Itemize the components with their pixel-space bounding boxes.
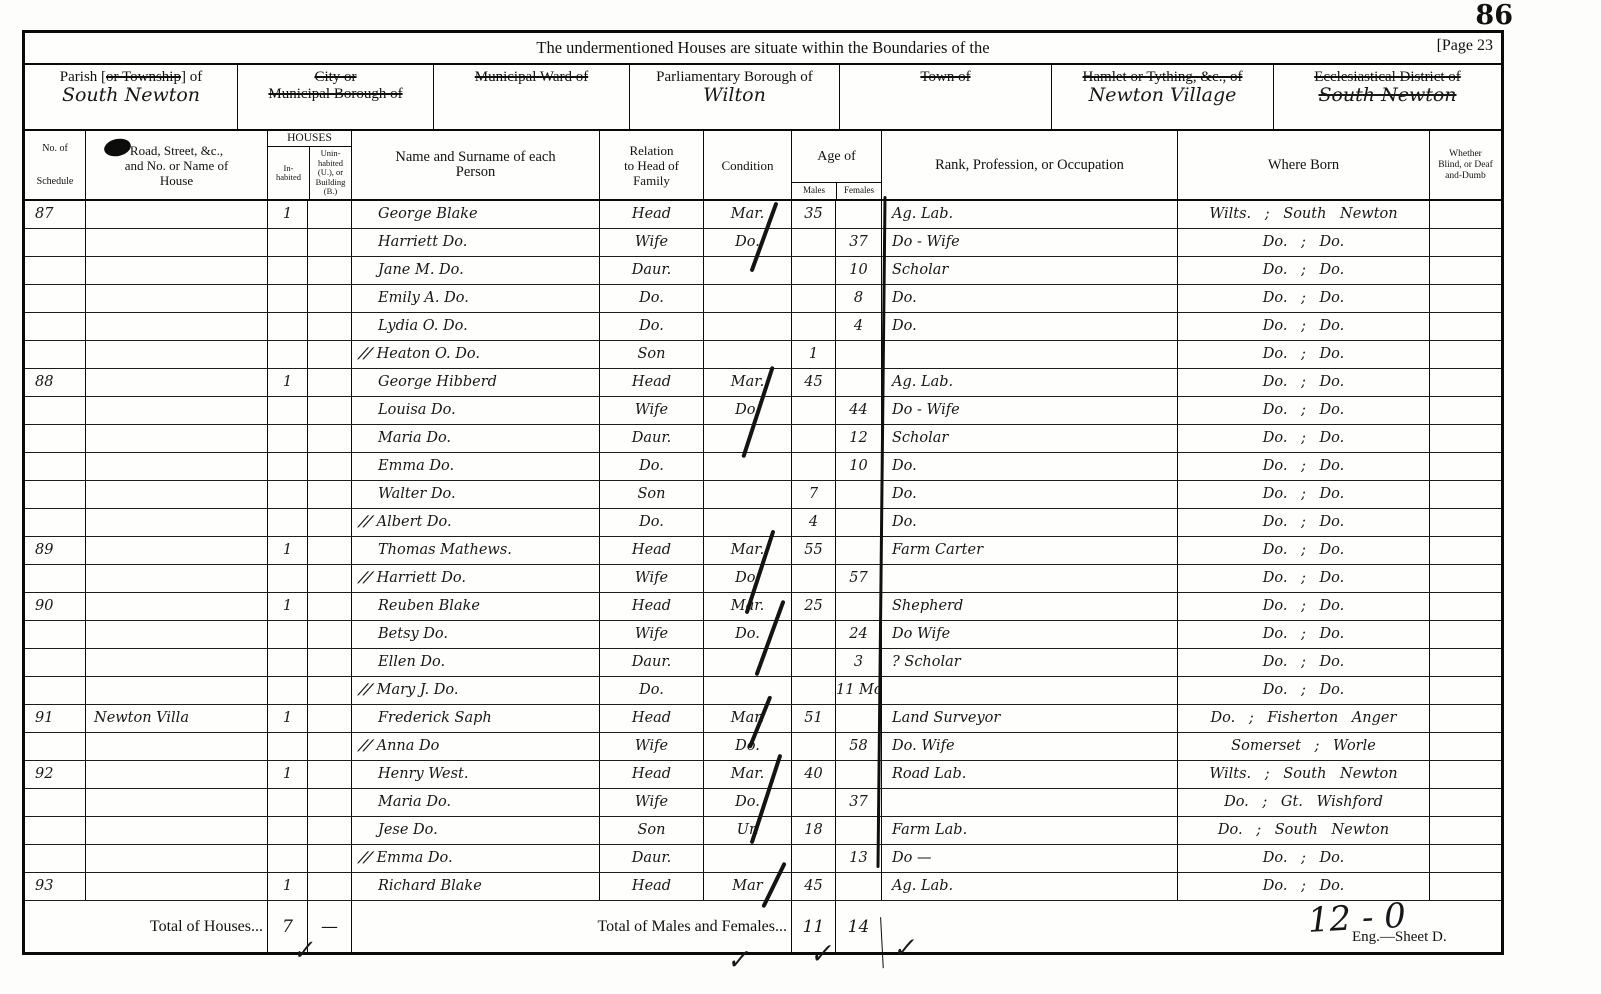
age-female-cell: [835, 481, 881, 508]
infirmity-cell: [1429, 593, 1501, 620]
schedule-cell: [25, 313, 85, 340]
condition-cell: [703, 341, 791, 368]
uninhabited-cell: [307, 285, 351, 312]
where-born-cell: Do. ; Do.: [1177, 565, 1429, 592]
where-born-cell: Do. ; Do.: [1177, 649, 1429, 676]
age-male-cell: [791, 313, 835, 340]
person-name: George Blake: [378, 206, 478, 222]
table-row: //Mary J. Do.Do.11 MoDo. ; Do.: [25, 677, 1501, 705]
uninhabited-cell: [307, 257, 351, 284]
schedule-cell: [25, 789, 85, 816]
table-row: //Heaton O. Do.Son1Do. ; Do.: [25, 341, 1501, 369]
person-name: Reuben Blake: [378, 598, 480, 614]
person-name-cell: //Mary J. Do.: [351, 677, 599, 704]
inhabited-cell: [267, 677, 307, 704]
relation-cell: Daur.: [599, 649, 703, 676]
person-name: Richard Blake: [378, 878, 482, 894]
schedule-cell: 93: [25, 873, 85, 900]
occupation-cell: [881, 677, 1177, 704]
where-born-cell: Do. ; Do.: [1177, 229, 1429, 256]
infirmity-cell: [1429, 565, 1501, 592]
total-houses-uninhabited: —: [307, 901, 351, 952]
col-females: Females: [836, 183, 881, 199]
condition-cell: Mar.: [703, 537, 791, 564]
uninhabited-cell: [307, 201, 351, 228]
condition-cell: Mar.: [703, 369, 791, 396]
person-name-cell: Betsy Do.: [351, 621, 599, 648]
uninhabited-cell: [307, 453, 351, 480]
where-born-cell: Do. ; Do.: [1177, 481, 1429, 508]
relation-cell: Wife: [599, 229, 703, 256]
inhabited-cell: [267, 229, 307, 256]
age-female-cell: 37: [835, 789, 881, 816]
condition-cell: [703, 649, 791, 676]
person-name: Harriett Do.: [378, 234, 467, 250]
relation-cell: Daur.: [599, 845, 703, 872]
house-name-cell: Newton Villa: [85, 705, 267, 732]
occupation-cell: Do Wife: [881, 621, 1177, 648]
infirmity-cell: [1429, 761, 1501, 788]
inhabited-cell: 1: [267, 761, 307, 788]
table-row: Jese Do.SonUn18Farm Lab.Do. ; South Newt…: [25, 817, 1501, 845]
relation-cell: Head: [599, 201, 703, 228]
person-name-cell: Thomas Mathews.: [351, 537, 599, 564]
where-born-cell: Do. ; Do.: [1177, 341, 1429, 368]
where-born-cell: Do. ; Do.: [1177, 369, 1429, 396]
infirmity-cell: [1429, 817, 1501, 844]
age-female-cell: 10: [835, 257, 881, 284]
where-born-cell: Do. ; Do.: [1177, 509, 1429, 536]
age-female-cell: 37: [835, 229, 881, 256]
where-born-cell: Do. ; Do.: [1177, 621, 1429, 648]
person-name: Louisa Do.: [378, 402, 456, 418]
condition-cell: [703, 453, 791, 480]
person-name: Emma Do.: [377, 850, 453, 866]
occupation-cell: Ag. Lab.: [881, 873, 1177, 900]
age-male-cell: [791, 649, 835, 676]
relation-cell: Son: [599, 481, 703, 508]
relation-cell: Son: [599, 817, 703, 844]
age-female-cell: 3: [835, 649, 881, 676]
age-female-cell: 10: [835, 453, 881, 480]
inhabited-cell: [267, 845, 307, 872]
person-name-cell: Jane M. Do.: [351, 257, 599, 284]
inhabited-cell: 1: [267, 705, 307, 732]
relation-cell: Daur.: [599, 425, 703, 452]
person-name-cell: Richard Blake: [351, 873, 599, 900]
inhabited-cell: [267, 481, 307, 508]
age-male-cell: [791, 621, 835, 648]
occupation-cell: Do.: [881, 481, 1177, 508]
table-row: Emma Do.Do.10Do.Do. ; Do.: [25, 453, 1501, 481]
entries-table: 871George BlakeHeadMar.35Ag. Lab.Wilts. …: [25, 201, 1501, 901]
condition-cell: Mar.: [703, 201, 791, 228]
age-male-cell: 51: [791, 705, 835, 732]
house-name-cell: [85, 565, 267, 592]
occupation-cell: [881, 341, 1177, 368]
checkmark: ✓: [290, 935, 315, 967]
where-born-cell: Do. ; Do.: [1177, 845, 1429, 872]
municipal-ward-cell: Municipal Ward of: [433, 65, 629, 129]
age-female-cell: [835, 201, 881, 228]
table-row: Jane M. Do.Daur.10ScholarDo. ; Do.: [25, 257, 1501, 285]
age-male-cell: [791, 397, 835, 424]
house-name-cell: [85, 313, 267, 340]
age-male-cell: 1: [791, 341, 835, 368]
municipal-ward-label: Municipal Ward of: [434, 69, 629, 86]
schedule-cell: [25, 649, 85, 676]
infirmity-cell: [1429, 677, 1501, 704]
schedule-cell: [25, 481, 85, 508]
schedule-cell: [25, 733, 85, 760]
col-uninhabited: Unin-habited(U.), orBuilding(B.): [309, 147, 351, 199]
town-label: Town of: [840, 69, 1051, 86]
person-name: Heaton O. Do.: [377, 346, 480, 362]
schedule-cell: 92: [25, 761, 85, 788]
census-sheet: The undermentioned Houses are situate wi…: [22, 30, 1504, 955]
occupation-cell: Do.: [881, 285, 1177, 312]
age-male-cell: [791, 229, 835, 256]
banner-band: The undermentioned Houses are situate wi…: [25, 33, 1501, 65]
where-born-cell: Do. ; Do.: [1177, 537, 1429, 564]
where-born-cell: Do. ; Do.: [1177, 257, 1429, 284]
person-name-cell: Walter Do.: [351, 481, 599, 508]
col-houses-group: HOUSES In-habited Unin-habited(U.), orBu…: [267, 131, 351, 199]
person-name-cell: Reuben Blake: [351, 593, 599, 620]
inhabited-cell: [267, 565, 307, 592]
inhabited-cell: [267, 425, 307, 452]
person-name: Henry West.: [378, 766, 468, 782]
house-name-cell: [85, 201, 267, 228]
age-female-cell: [835, 509, 881, 536]
house-name-cell: [85, 677, 267, 704]
relation-cell: Do.: [599, 313, 703, 340]
age-female-cell: [835, 369, 881, 396]
schedule-cell: [25, 817, 85, 844]
table-row: 921Henry West.HeadMar.40Road Lab.Wilts. …: [25, 761, 1501, 789]
inhabited-cell: [267, 649, 307, 676]
table-row: //Anna DoWifeDo.58Do. WifeSomerset ; Wor…: [25, 733, 1501, 761]
age-group-label: Age of: [792, 131, 881, 182]
relation-cell: Head: [599, 761, 703, 788]
person-name: Betsy Do.: [378, 626, 448, 642]
age-female-cell: 8: [835, 285, 881, 312]
infirmity-cell: [1429, 509, 1501, 536]
schedule-cell: [25, 229, 85, 256]
person-name: Emily A. Do.: [378, 290, 469, 306]
inhabited-cell: [267, 733, 307, 760]
page-number: 86: [1475, 0, 1513, 31]
infirmity-cell: [1429, 313, 1501, 340]
schedule-cell: [25, 425, 85, 452]
condition-cell: Un: [703, 817, 791, 844]
house-name-cell: [85, 397, 267, 424]
column-headers: No. ofSchedule Road, Street, &c.,and No.…: [25, 131, 1501, 201]
age-female-cell: 24: [835, 621, 881, 648]
infirmity-cell: [1429, 425, 1501, 452]
house-name-cell: [85, 341, 267, 368]
age-female-cell: 12: [835, 425, 881, 452]
condition-cell: Mar.: [703, 705, 791, 732]
house-name-cell: [85, 369, 267, 396]
age-male-cell: [791, 733, 835, 760]
household-end-mark: //: [352, 565, 378, 591]
person-name-cell: //Harriett Do.: [351, 565, 599, 592]
house-name-cell: [85, 229, 267, 256]
uninhabited-cell: [307, 341, 351, 368]
col-inhabited: In-habited: [268, 147, 309, 199]
person-name: Jese Do.: [378, 822, 438, 838]
inhabited-cell: [267, 817, 307, 844]
condition-cell: [703, 481, 791, 508]
person-name: Albert Do.: [377, 514, 452, 530]
person-name-cell: Maria Do.: [351, 789, 599, 816]
occupation-cell: Do.: [881, 509, 1177, 536]
house-name-cell: [85, 733, 267, 760]
where-born-cell: Do. ; Do.: [1177, 453, 1429, 480]
person-name-cell: Emily A. Do.: [351, 285, 599, 312]
occupation-cell: Do - Wife: [881, 229, 1177, 256]
person-name-cell: Harriett Do.: [351, 229, 599, 256]
house-name-cell: [85, 257, 267, 284]
condition-cell: Do.: [703, 621, 791, 648]
person-name-cell: //Anna Do: [351, 733, 599, 760]
person-name-cell: Frederick Saph: [351, 705, 599, 732]
uninhabited-cell: [307, 817, 351, 844]
uninhabited-cell: [307, 621, 351, 648]
town-cell: Town of: [839, 65, 1051, 129]
relation-cell: Head: [599, 705, 703, 732]
occupation-cell: ? Scholar: [881, 649, 1177, 676]
household-end-mark: //: [352, 733, 378, 759]
age-male-cell: 18: [791, 817, 835, 844]
uninhabited-cell: [307, 845, 351, 872]
house-name-cell: [85, 649, 267, 676]
inhabited-cell: 1: [267, 201, 307, 228]
person-name: Walter Do.: [378, 486, 456, 502]
occupation-cell: Ag. Lab.: [881, 201, 1177, 228]
uninhabited-cell: [307, 481, 351, 508]
age-female-cell: 11 Mo: [835, 677, 881, 704]
uninhabited-cell: [307, 397, 351, 424]
person-name: George Hibberd: [378, 374, 497, 390]
schedule-cell: [25, 845, 85, 872]
infirmity-cell: [1429, 453, 1501, 480]
age-male-cell: 7: [791, 481, 835, 508]
infirmity-cell: [1429, 229, 1501, 256]
table-row: Lydia O. Do.Do.4Do.Do. ; Do.: [25, 313, 1501, 341]
houses-group-label: HOUSES: [268, 131, 351, 147]
house-name-cell: [85, 425, 267, 452]
parliamentary-borough-value: Wilton: [630, 87, 839, 104]
location-header: Parish [or Township] of South Newton Cit…: [25, 65, 1501, 131]
occupation-cell: Land Surveyor: [881, 705, 1177, 732]
where-born-cell: Do. ; Do.: [1177, 285, 1429, 312]
infirmity-cell: [1429, 845, 1501, 872]
inhabited-cell: [267, 621, 307, 648]
condition-cell: [703, 285, 791, 312]
occupation-cell: Do.: [881, 313, 1177, 340]
total-houses-label: Total of Houses...: [25, 901, 267, 952]
page-label: [Page 23: [1437, 37, 1493, 55]
occupation-cell: Do —: [881, 845, 1177, 872]
person-name-cell: Louisa Do.: [351, 397, 599, 424]
table-row: Maria Do.Daur.12ScholarDo. ; Do.: [25, 425, 1501, 453]
house-name-cell: [85, 285, 267, 312]
age-female-cell: [835, 537, 881, 564]
house-name-cell: [85, 873, 267, 900]
uninhabited-cell: [307, 761, 351, 788]
house-name-cell: [85, 453, 267, 480]
uninhabited-cell: [307, 873, 351, 900]
relation-cell: Wife: [599, 565, 703, 592]
household-end-mark: //: [352, 341, 378, 367]
age-female-cell: 13: [835, 845, 881, 872]
age-female-cell: 4: [835, 313, 881, 340]
condition-cell: [703, 845, 791, 872]
age-male-cell: [791, 453, 835, 480]
relation-cell: Daur.: [599, 257, 703, 284]
col-condition: Condition: [703, 131, 791, 199]
where-born-cell: Do. ; Gt. Wishford: [1177, 789, 1429, 816]
where-born-cell: Do. ; Fisherton Anger: [1177, 705, 1429, 732]
where-born-cell: Do. ; Do.: [1177, 677, 1429, 704]
relation-cell: Wife: [599, 397, 703, 424]
house-name-cell: [85, 621, 267, 648]
city-borough-cell: City or Municipal Borough of: [237, 65, 433, 129]
age-male-cell: [791, 677, 835, 704]
schedule-cell: 88: [25, 369, 85, 396]
house-name-cell: [85, 481, 267, 508]
condition-cell: [703, 257, 791, 284]
person-name: Emma Do.: [378, 458, 454, 474]
house-name-cell: [85, 593, 267, 620]
uninhabited-cell: [307, 509, 351, 536]
where-born-cell: Do. ; Do.: [1177, 425, 1429, 452]
person-name-cell: //Albert Do.: [351, 509, 599, 536]
age-male-cell: [791, 257, 835, 284]
inhabited-cell: [267, 341, 307, 368]
age-female-cell: [835, 873, 881, 900]
parliamentary-borough-cell: Parliamentary Borough of Wilton: [629, 65, 839, 129]
where-born-cell: Do. ; Do.: [1177, 397, 1429, 424]
relation-cell: Wife: [599, 621, 703, 648]
schedule-cell: 87: [25, 201, 85, 228]
col-infirmity: WhetherBlind, or Deafand-Dumb: [1429, 131, 1501, 199]
person-name-cell: George Hibberd: [351, 369, 599, 396]
person-name: Harriett Do.: [377, 570, 466, 586]
age-male-cell: 35: [791, 201, 835, 228]
schedule-cell: [25, 621, 85, 648]
col-males: Males: [792, 183, 836, 199]
occupation-cell: Do - Wife: [881, 397, 1177, 424]
occupation-cell: Do.: [881, 453, 1177, 480]
infirmity-cell: [1429, 481, 1501, 508]
schedule-cell: [25, 397, 85, 424]
infirmity-cell: [1429, 397, 1501, 424]
hamlet-value: Newton Village: [1052, 87, 1273, 104]
person-name: Ellen Do.: [378, 654, 445, 670]
age-female-cell: [835, 817, 881, 844]
occupation-cell: Do. Wife: [881, 733, 1177, 760]
relation-cell: Head: [599, 593, 703, 620]
household-end-mark: //: [352, 677, 378, 703]
occupation-cell: Shepherd: [881, 593, 1177, 620]
age-male-cell: 55: [791, 537, 835, 564]
relation-cell: Wife: [599, 789, 703, 816]
person-name: Frederick Saph: [378, 710, 492, 726]
household-end-mark: //: [352, 509, 378, 535]
infirmity-cell: [1429, 789, 1501, 816]
infirmity-cell: [1429, 285, 1501, 312]
person-name-cell: Ellen Do.: [351, 649, 599, 676]
inhabited-cell: [267, 285, 307, 312]
uninhabited-cell: [307, 705, 351, 732]
schedule-cell: [25, 677, 85, 704]
ecclesiastical-cell: Ecclesiastical District of South Newton: [1273, 65, 1501, 129]
age-male-cell: 25: [791, 593, 835, 620]
occupation-cell: Scholar: [881, 425, 1177, 452]
inhabited-cell: [267, 789, 307, 816]
schedule-cell: [25, 285, 85, 312]
table-row: Betsy Do.WifeDo.24Do WifeDo. ; Do.: [25, 621, 1501, 649]
house-name-cell: [85, 817, 267, 844]
inhabited-cell: 1: [267, 593, 307, 620]
occupation-cell: Ag. Lab.: [881, 369, 1177, 396]
age-female-cell: [835, 341, 881, 368]
relation-cell: Do.: [599, 509, 703, 536]
schedule-cell: [25, 565, 85, 592]
person-name: Mary J. Do.: [377, 682, 459, 698]
age-male-cell: [791, 285, 835, 312]
person-name: Maria Do.: [378, 430, 451, 446]
table-row: Walter Do.Son7Do.Do. ; Do.: [25, 481, 1501, 509]
infirmity-cell: [1429, 257, 1501, 284]
table-row: Emily A. Do.Do.8Do.Do. ; Do.: [25, 285, 1501, 313]
infirmity-cell: [1429, 705, 1501, 732]
occupation-cell: Farm Carter: [881, 537, 1177, 564]
person-name-cell: Maria Do.: [351, 425, 599, 452]
uninhabited-cell: [307, 789, 351, 816]
relation-cell: Head: [599, 369, 703, 396]
where-born-cell: Somerset ; Worle: [1177, 733, 1429, 760]
infirmity-cell: [1429, 621, 1501, 648]
age-male-cell: [791, 565, 835, 592]
where-born-cell: Wilts. ; South Newton: [1177, 761, 1429, 788]
inhabited-cell: [267, 257, 307, 284]
uninhabited-cell: [307, 593, 351, 620]
col-schedule: No. ofSchedule: [25, 131, 85, 199]
age-male-cell: [791, 789, 835, 816]
relation-cell: Wife: [599, 733, 703, 760]
relation-cell: Do.: [599, 453, 703, 480]
person-name-cell: Lydia O. Do.: [351, 313, 599, 340]
inhabited-cell: [267, 509, 307, 536]
where-born-cell: Do. ; Do.: [1177, 593, 1429, 620]
person-name-cell: Jese Do.: [351, 817, 599, 844]
house-name-cell: [85, 761, 267, 788]
infirmity-cell: [1429, 341, 1501, 368]
age-female-cell: 44: [835, 397, 881, 424]
house-name-cell: [85, 789, 267, 816]
age-female-cell: 58: [835, 733, 881, 760]
schedule-cell: [25, 453, 85, 480]
occupation-cell: [881, 789, 1177, 816]
person-name: Thomas Mathews.: [378, 542, 512, 558]
age-male-cell: 45: [791, 369, 835, 396]
col-name: Name and Surname of eachPerson: [351, 131, 599, 199]
table-row: //Albert Do.Do.4Do.Do. ; Do.: [25, 509, 1501, 537]
